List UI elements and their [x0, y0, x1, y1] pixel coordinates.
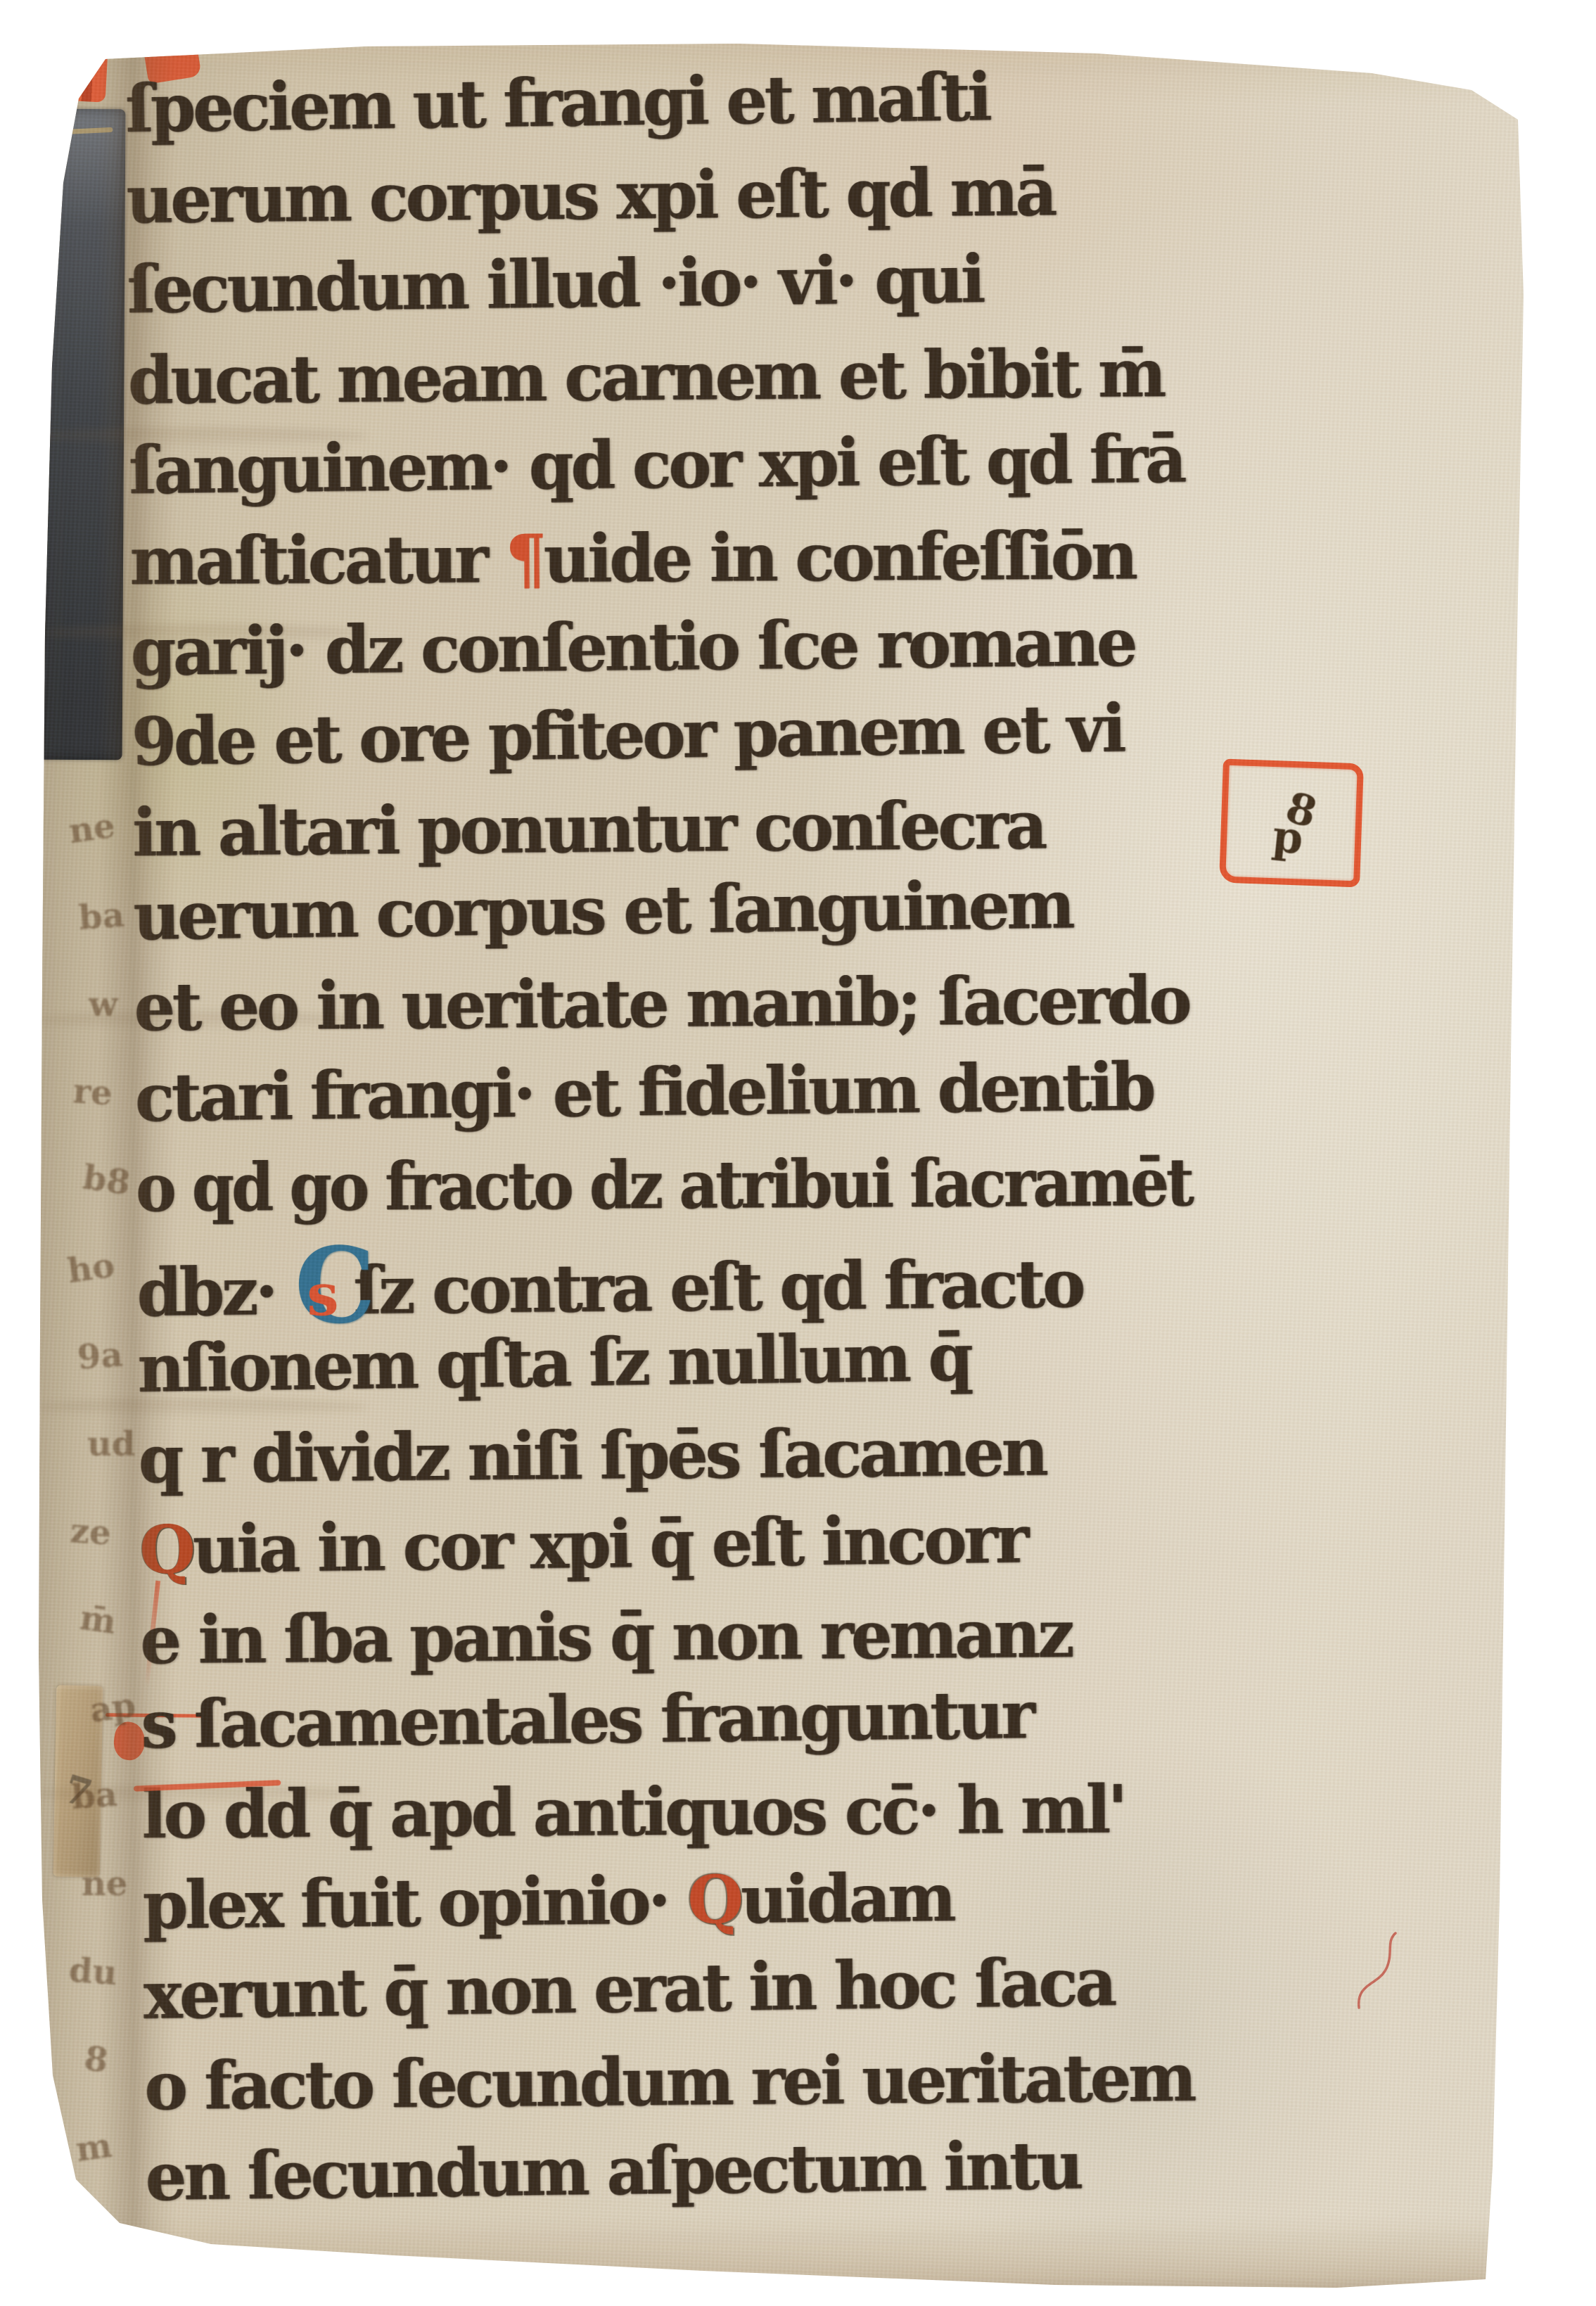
manuscript-text-line: et eo in ueritate manib; ſacerdo	[134, 956, 1184, 1053]
spine-red-paint-mark	[58, 35, 109, 102]
manuscript-text-line: lo dd q̄ apd antiquos cc̄· h ml'	[142, 1765, 1198, 1861]
rubricated-segment: Q	[139, 1510, 193, 1588]
manuscript-text-line: s ſacamentales franguntur	[141, 1669, 1196, 1770]
spine-letter-fragment: m̄	[77, 1598, 118, 1643]
spine-letter-fragment: ne	[66, 806, 117, 852]
manuscript-text-line: uerum corpus et ſanguinem	[133, 860, 1189, 962]
manuscript-text-line: Quia in cor xpi q̄ eſt incorr	[139, 1493, 1194, 1595]
text-segment: s ſacamentales franguntur	[141, 1676, 1033, 1764]
red-thread-mark	[1349, 1929, 1412, 2013]
spine-dark-label	[39, 109, 126, 760]
manuscript-text-line: uerum corpus xpi eſt qd mā	[126, 146, 1182, 245]
spine-letter-fragment: ba	[70, 1775, 118, 1817]
spine-letter-fragment: b8	[80, 1158, 132, 1204]
text-segment: uia in cor xpi q̄ eſt incorr	[192, 1501, 1026, 1588]
text-segment: et eo in ueritate manib; ſacerdo	[134, 962, 1189, 1046]
manuscript-book-cover: 7 nebawreb8ho9audzem̄apbanedu8m ſpeciem …	[0, 0, 1596, 2306]
rubricated-segment: Q	[687, 1861, 741, 1939]
manuscript-text-line: o facto ſecundum rei ueritatem	[144, 2034, 1200, 2132]
spine-letter-fragment: 8	[82, 2039, 110, 2081]
margin-glyph: p	[1271, 818, 1305, 856]
spine-letter-fragment: ba	[77, 896, 125, 938]
manuscript-text-line: en ſecundum aſpectum intu	[145, 2120, 1201, 2222]
manuscript-text-line: nſionem qſta ſz nullum q̄	[137, 1311, 1194, 1415]
text-segment: ſanguinem· qd cor xpi eſt qd frā	[129, 421, 1185, 509]
spine-letter-fragment: ne	[82, 1864, 127, 1904]
text-segment: 9de et ore pfiteor panem et vi	[131, 690, 1123, 781]
text-segment: e in ſba panis q̄ non remanz	[140, 1595, 1072, 1679]
text-segment: uidam	[741, 1859, 954, 1939]
spine-letter-fragment: ap	[87, 1686, 138, 1731]
manuscript-text-line: garij· dz conſentio ſce romane	[130, 597, 1186, 697]
margin-annotation-box: 8 p	[1219, 759, 1364, 888]
spine-letter-fragment: ud	[87, 1425, 135, 1464]
spine-letter-fragment: re	[72, 1071, 114, 1114]
manuscript-text-block: ſpeciem ut frangi et maſtiuerum corpus x…	[125, 57, 1229, 2222]
text-segment: en ſecundum aſpectum intu	[145, 2127, 1081, 2215]
spine-letter-fragment: m	[73, 2126, 114, 2170]
text-segment: maſticatur	[129, 521, 505, 600]
text-segment: plex fuit opinio·	[143, 1861, 688, 1944]
text-segment: in altari ponuntur conſecra	[132, 786, 1045, 872]
text-segment: uide in confeſſiōn	[544, 517, 1135, 598]
text-segment: garij· dz conſentio ſce romane	[130, 604, 1135, 691]
spine-letter-fragment: ho	[65, 1246, 117, 1292]
text-segment: ſpeciem ut frangi et maſti	[125, 58, 990, 148]
manuscript-text-line: dbz· Csſz contra eſt qd fracto	[136, 1224, 1192, 1324]
manuscript-text-line: ſecundum illud ·io· vi· qui	[127, 233, 1182, 336]
manuscript-text-line: maſticatur ¶uide in confeſſiōn	[129, 511, 1185, 607]
spine-letter-fragment: ze	[69, 1511, 113, 1553]
text-segment: nſionem qſta ſz nullum q̄	[137, 1319, 971, 1408]
manuscript-text-line: plex fuit opinio· Quidam	[142, 1851, 1198, 1951]
photo-stage: 7 nebawreb8ho9audzem̄apbanedu8m ſpeciem …	[0, 0, 1596, 2306]
text-segment: ducat meam carnem et bibit m̄	[128, 335, 1164, 419]
text-segment: uerum corpus et ſanguinem	[133, 867, 1073, 956]
manuscript-text-line: 9de et ore pfiteor panem et vi	[131, 683, 1187, 787]
spine-letter-fragment: w	[89, 985, 117, 1024]
text-segment: ctari frangi· et fidelium dentib	[134, 1048, 1153, 1137]
text-segment: q r dividz niſi ſpēs ſacamen	[139, 1413, 1046, 1498]
manuscript-text-line: ctari frangi· et fidelium dentib	[134, 1042, 1190, 1143]
text-segment: o facto ſecundum rei ueritatem	[144, 2039, 1194, 2125]
rubricated-segment: lo	[142, 1776, 205, 1854]
spine-letter-fragment: du	[68, 1951, 118, 1994]
manuscript-text-line: o qd go fracto dz atribui ſacramēt	[136, 1138, 1123, 1233]
text-segment: o qd go fracto dz atribui ſacramēt	[136, 1144, 1192, 1227]
spine-letter-fragment: 9a	[76, 1335, 124, 1377]
manuscript-text-line: xerunt q̄ non erat in hoc ſaca	[143, 1937, 1199, 2041]
text-segment: ſecundum illud ·io· vi· qui	[127, 241, 983, 329]
text-segment: dd q̄ apd antiquos cc̄· h ml'	[204, 1771, 1125, 1854]
text-segment: uerum corpus xpi eſt qd mā	[126, 153, 1054, 238]
manuscript-text-line: ducat meam carnem et bibit m̄	[128, 329, 1184, 426]
rubricated-segment: ¶	[505, 521, 544, 598]
spine-label-edge-highlight	[48, 127, 113, 135]
manuscript-text-line: q r dividz niſi ſpēs ſacamen	[138, 1407, 1194, 1505]
manuscript-text-line: ſanguinem· qd cor xpi eſt qd frā	[129, 415, 1176, 516]
rubricated-segment: s	[307, 1261, 336, 1329]
manuscript-text-line: ſpeciem ut frangi et maſti	[125, 50, 1182, 154]
text-segment: dbz·	[136, 1252, 295, 1331]
text-segment: xerunt q̄ non erat in hoc ſaca	[143, 1944, 1115, 2034]
